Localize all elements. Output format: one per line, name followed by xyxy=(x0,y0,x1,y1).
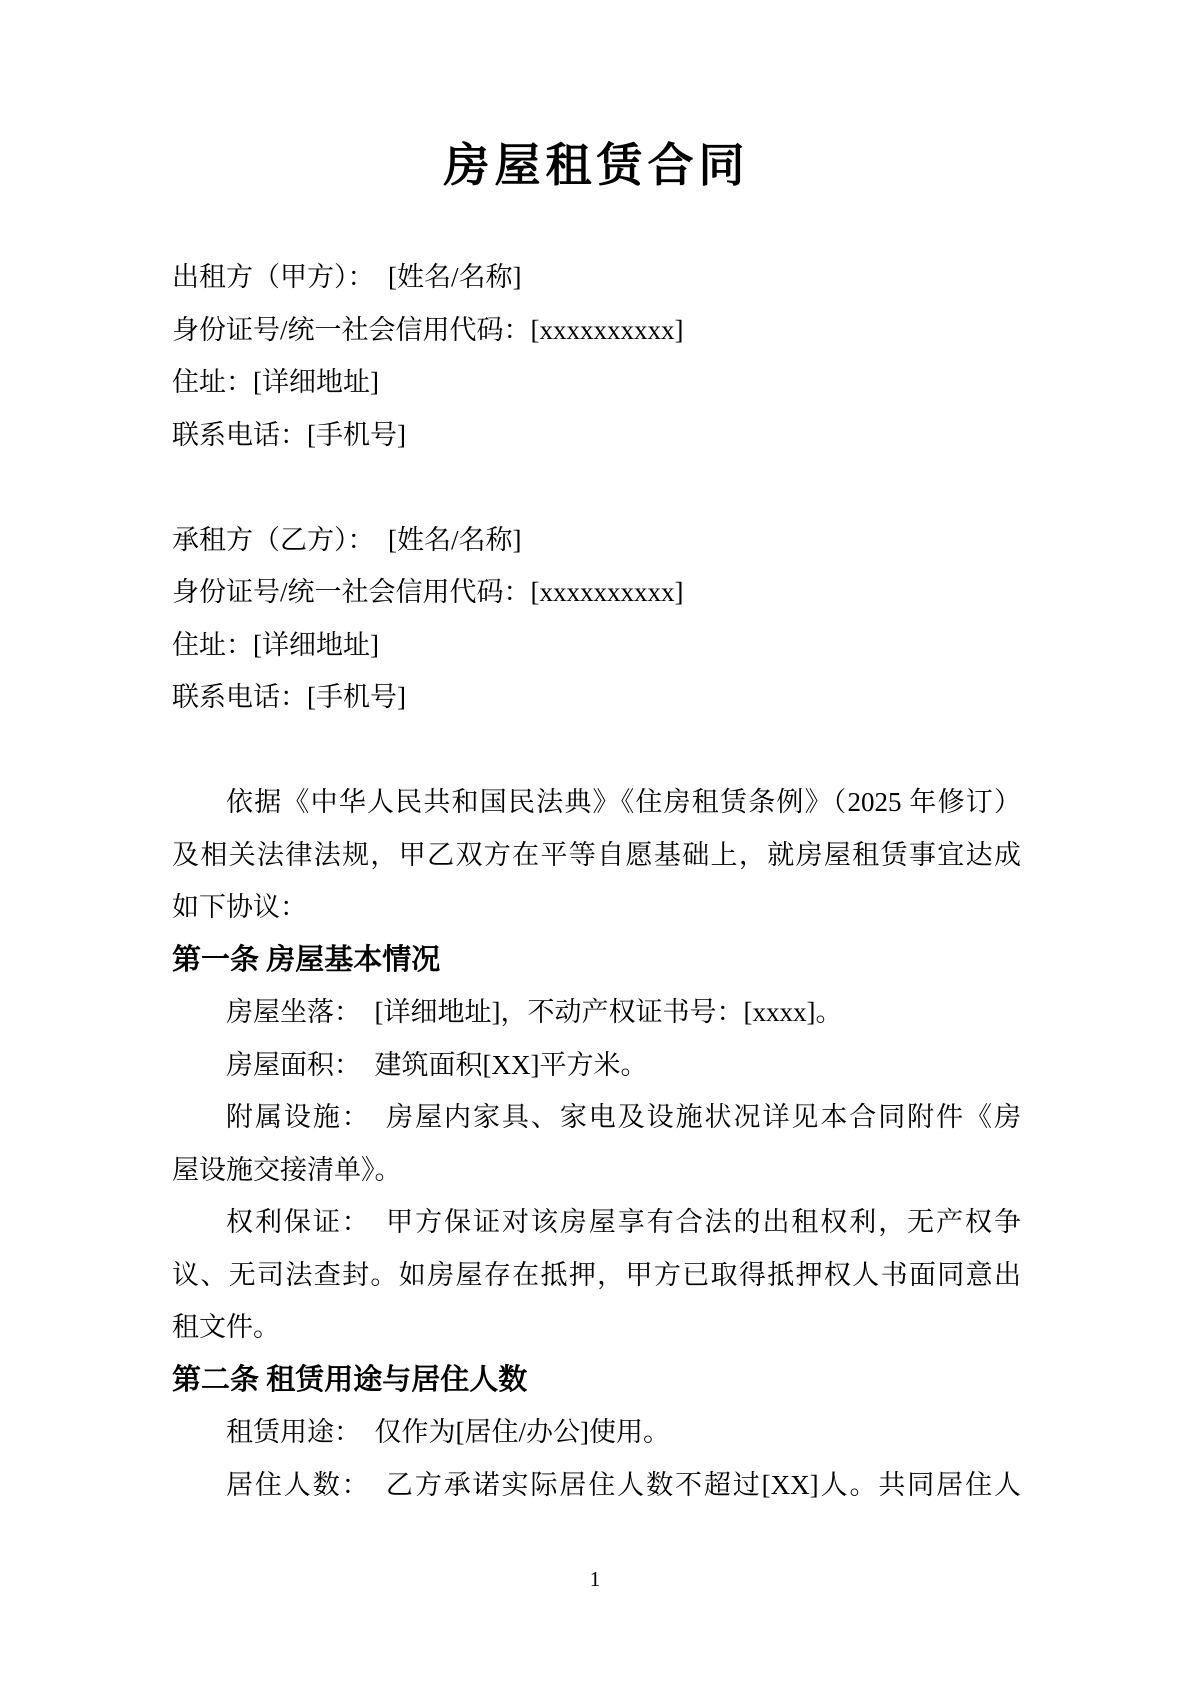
lessor-info: 出租方（甲方）： [姓名/名称]身份证号/统一社会信用代码：[xxxxxxxxx… xyxy=(172,251,1021,461)
clause-usage: 租赁用途： 仅作为[居住/办公]使用。 xyxy=(172,1406,1021,1459)
text-line: 租文件。 xyxy=(172,1301,1021,1354)
document-body: 出租方（甲方）： [姓名/名称]身份证号/统一社会信用代码：[xxxxxxxxx… xyxy=(172,251,1021,1511)
text-line: 身份证号/统一社会信用代码：[xxxxxxxxxx] xyxy=(172,566,1021,619)
document-title: 房屋租赁合同 xyxy=(172,138,1021,194)
text-line: 住址：[详细地址] xyxy=(172,356,1021,409)
text-line: 租赁用途： 仅作为[居住/办公]使用。 xyxy=(172,1406,1021,1459)
text-line: 出租方（甲方）： [姓名/名称] xyxy=(172,251,1021,304)
text-line: 如下协议： xyxy=(172,881,1021,934)
text-line: 议、无司法查封。如房屋存在抵押，甲方已取得抵押权人书面同意出 xyxy=(172,1249,1021,1302)
blank-line xyxy=(172,461,1021,514)
preamble: 依据《中华人民共和国民法典》《住房租赁条例》（2025 年修订）及相关法律法规，… xyxy=(172,776,1021,934)
clause-facilities: 附属设施： 房屋内家具、家电及设施状况详见本合同附件《房屋设施交接清单》。 xyxy=(172,1091,1021,1196)
text-line: 居住人数： 乙方承诺实际居住人数不超过[XX]人。共同居住人 xyxy=(172,1459,1021,1512)
text-line: 及相关法律法规，甲乙双方在平等自愿基础上，就房屋租赁事宜达成 xyxy=(172,829,1021,882)
clause-rights-guarantee: 权利保证： 甲方保证对该房屋享有合法的出租权利，无产权争议、无司法查封。如房屋存… xyxy=(172,1196,1021,1354)
contract-page: 房屋租赁合同 出租方（甲方）： [姓名/名称]身份证号/统一社会信用代码：[xx… xyxy=(0,0,1190,1683)
text-line: 联系电话：[手机号] xyxy=(172,671,1021,724)
text-line: 权利保证： 甲方保证对该房屋享有合法的出租权利，无产权争 xyxy=(172,1196,1021,1249)
text-line: 房屋坐落： [详细地址]，不动产权证书号：[xxxx]。 xyxy=(172,986,1021,1039)
text-line: 联系电话：[手机号] xyxy=(172,409,1021,462)
text-line: 屋设施交接清单》。 xyxy=(172,1144,1021,1197)
page-number: 1 xyxy=(0,1565,1190,1593)
clause-occupants: 居住人数： 乙方承诺实际居住人数不超过[XX]人。共同居住人 xyxy=(172,1459,1021,1512)
text-line: 身份证号/统一社会信用代码：[xxxxxxxxxx] xyxy=(172,304,1021,357)
text-line: 附属设施： 房屋内家具、家电及设施状况详见本合同附件《房 xyxy=(172,1091,1021,1144)
text-line: 依据《中华人民共和国民法典》《住房租赁条例》（2025 年修订） xyxy=(172,776,1021,829)
text-line: 承租方（乙方）： [姓名/名称] xyxy=(172,514,1021,567)
section-2-heading: 第二条 租赁用途与居住人数 xyxy=(172,1354,1021,1407)
clause-area: 房屋面积： 建筑面积[XX]平方米。 xyxy=(172,1039,1021,1092)
text-line: 住址：[详细地址] xyxy=(172,619,1021,672)
lessee-info: 承租方（乙方）： [姓名/名称]身份证号/统一社会信用代码：[xxxxxxxxx… xyxy=(172,514,1021,724)
text-line: 房屋面积： 建筑面积[XX]平方米。 xyxy=(172,1039,1021,1092)
clause-location: 房屋坐落： [详细地址]，不动产权证书号：[xxxx]。 xyxy=(172,986,1021,1039)
blank-line xyxy=(172,724,1021,777)
section-1-heading: 第一条 房屋基本情况 xyxy=(172,934,1021,987)
